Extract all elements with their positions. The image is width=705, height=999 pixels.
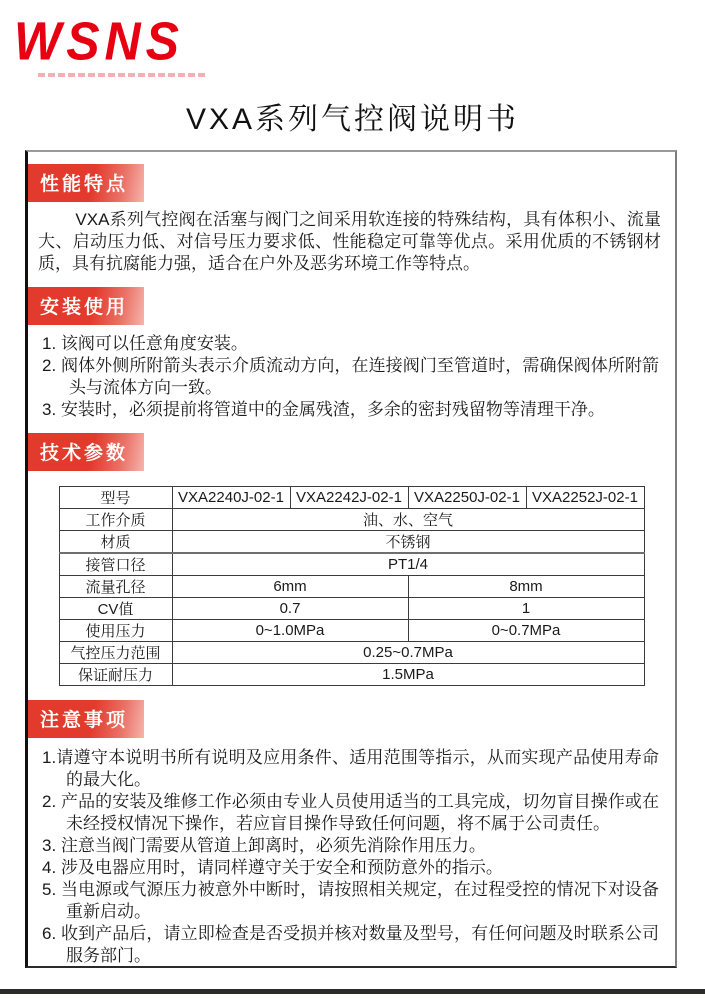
- note-item: 6. 收到产品后，请立即检查是否受损并核对数量及型号，有任何问题及时联系公司服务…: [42, 923, 659, 967]
- install-item: 1. 该阀可以任意角度安装。: [42, 333, 659, 355]
- brand-logo: WSNS: [14, 10, 184, 73]
- section-heading-notes: 注意事项: [28, 700, 144, 738]
- table-row: 型号 VXA2240J-02-1 VXA2242J-02-1 VXA2250J-…: [59, 487, 644, 509]
- value-cell: 1: [408, 598, 644, 620]
- section-heading-install: 安装使用: [28, 287, 144, 325]
- table-row: 使用压力 0~1.0MPa 0~0.7MPa: [59, 620, 644, 642]
- section-heading-specs: 技术参数: [28, 433, 144, 471]
- install-item: 3. 安装时，必须提前将管道中的金属残渣，多余的密封残留物等清理干净。: [42, 399, 659, 421]
- value-cell: PT1/4: [172, 553, 644, 576]
- table-row: 保证耐压力 1.5MPa: [59, 664, 644, 686]
- features-paragraph: VXA系列气控阀在活塞与阀门之间采用软连接的特殊结构，具有体积小、流量大、启动压…: [38, 209, 661, 275]
- row-label: CV值: [59, 598, 172, 620]
- value-cell: 不锈钢: [172, 531, 644, 554]
- row-label: 使用压力: [59, 620, 172, 642]
- note-item: 5. 当电源或气源压力被意外中断时，请按照相关规定，在过程受控的情况下对设备重新…: [42, 879, 659, 923]
- section-heading-features: 性能特点: [28, 164, 144, 202]
- table-row: CV值 0.7 1: [59, 598, 644, 620]
- value-cell: 0.25~0.7MPa: [172, 642, 644, 664]
- row-label: 接管口径: [59, 553, 172, 576]
- model-cell: VXA2252J-02-1: [526, 487, 644, 509]
- table-row: 流量孔径 6mm 8mm: [59, 576, 644, 598]
- table-row: 材质 不锈钢: [59, 531, 644, 554]
- row-label: 工作介质: [59, 509, 172, 531]
- row-label: 材质: [59, 531, 172, 554]
- note-item: 2. 产品的安装及维修工作必须由专业人员使用适当的工具完成，切勿盲目操作或在未经…: [42, 791, 659, 835]
- row-label: 型号: [59, 487, 172, 509]
- specs-table: 型号 VXA2240J-02-1 VXA2242J-02-1 VXA2250J-…: [59, 486, 645, 686]
- manual-page: WSNS VXA系列气控阀说明书 性能特点 VXA系列气控阀在活塞与阀门之间采用…: [0, 0, 705, 999]
- value-cell: 1.5MPa: [172, 664, 644, 686]
- row-label: 流量孔径: [59, 576, 172, 598]
- value-cell: 0.7: [172, 598, 408, 620]
- value-cell: 0~0.7MPa: [408, 620, 644, 642]
- content-panel: 性能特点 VXA系列气控阀在活塞与阀门之间采用软连接的特殊结构，具有体积小、流量…: [25, 150, 677, 968]
- value-cell: 0~1.0MPa: [172, 620, 408, 642]
- install-list: 1. 该阀可以任意角度安装。 2. 阀体外侧所附箭头表示介质流动方向，在连接阀门…: [42, 333, 659, 421]
- footer-divider-bar: [0, 989, 705, 994]
- note-item: 4. 涉及电器应用时，请同样遵守关于安全和预防意外的指示。: [42, 857, 659, 879]
- notes-list: 1.请遵守本说明书所有说明及应用条件、适用范围等指示，从而实现产品使用寿命的最大…: [42, 747, 659, 967]
- install-item: 2. 阀体外侧所附箭头表示介质流动方向，在连接阀门至管道时，需确保阀体所附箭头与…: [42, 355, 659, 399]
- logo-tagline-fine-print: [38, 73, 208, 77]
- note-item: 1.请遵守本说明书所有说明及应用条件、适用范围等指示，从而实现产品使用寿命的最大…: [42, 747, 659, 791]
- value-cell: 6mm: [172, 576, 408, 598]
- page-title: VXA系列气控阀说明书: [0, 94, 705, 138]
- table-row: 工作介质 油、水、空气: [59, 509, 644, 531]
- model-cell: VXA2240J-02-1: [172, 487, 290, 509]
- value-cell: 油、水、空气: [172, 509, 644, 531]
- model-cell: VXA2242J-02-1: [290, 487, 408, 509]
- table-row: 接管口径 PT1/4: [59, 553, 644, 576]
- value-cell: 8mm: [408, 576, 644, 598]
- note-item: 3. 注意当阀门需要从管道上卸离时，必须先消除作用压力。: [42, 835, 659, 857]
- row-label: 保证耐压力: [59, 664, 172, 686]
- table-row: 气控压力范围 0.25~0.7MPa: [59, 642, 644, 664]
- row-label: 气控压力范围: [59, 642, 172, 664]
- model-cell: VXA2250J-02-1: [408, 487, 526, 509]
